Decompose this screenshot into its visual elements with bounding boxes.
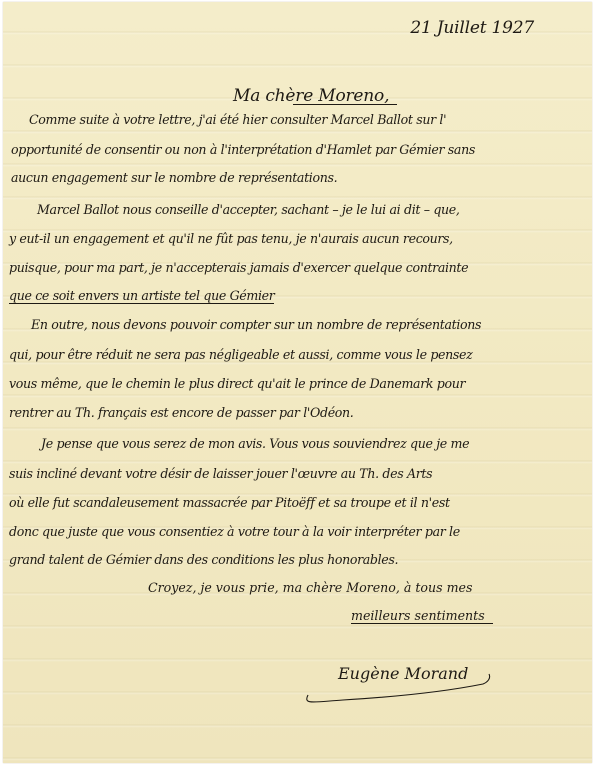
body-line: où elle fut scandaleusement massacrée pa… xyxy=(9,495,450,510)
body-line: En outre, nous devons pouvoir compter su… xyxy=(31,317,481,332)
body-line: aucun engagement sur le nombre de représ… xyxy=(11,170,337,185)
body-line: Comme suite à votre lettre, j'ai été hie… xyxy=(29,112,446,127)
body-line: que ce soit envers un artiste tel que Gé… xyxy=(9,288,274,304)
body-line: rentrer au Th. français est encore de pa… xyxy=(9,405,353,420)
body-line: qui, pour être réduit ne sera pas néglig… xyxy=(9,347,472,362)
body-line: donc que juste que vous consentiez à vot… xyxy=(9,524,460,539)
letter-paper: 21 Juillet 1927 Ma chère Moreno, Comme s… xyxy=(3,2,592,763)
body-line: suis incliné devant votre désir de laiss… xyxy=(9,466,432,481)
closing-line: Croyez, je vous prie, ma chère Moreno, à… xyxy=(148,580,472,595)
body-line: Je pense que vous serez de mon avis. Vou… xyxy=(41,436,469,451)
signature-flourish-icon xyxy=(303,670,503,710)
body-line: puisque, pour ma part, je n'accepterais … xyxy=(9,260,468,275)
body-line: y eut-il un engagement et qu'il ne fût p… xyxy=(9,231,453,246)
body-line: Marcel Ballot nous conseille d'accepter,… xyxy=(37,202,460,217)
letter-salutation: Ma chère Moreno, xyxy=(233,86,389,106)
letter-date: 21 Juillet 1927 xyxy=(410,18,534,38)
closing-line: meilleurs sentiments xyxy=(351,608,493,624)
body-line: grand talent de Gémier dans des conditio… xyxy=(9,552,398,567)
body-line: vous même, que le chemin le plus direct … xyxy=(9,376,465,391)
body-line: opportunité de consentir ou non à l'inte… xyxy=(11,142,475,157)
